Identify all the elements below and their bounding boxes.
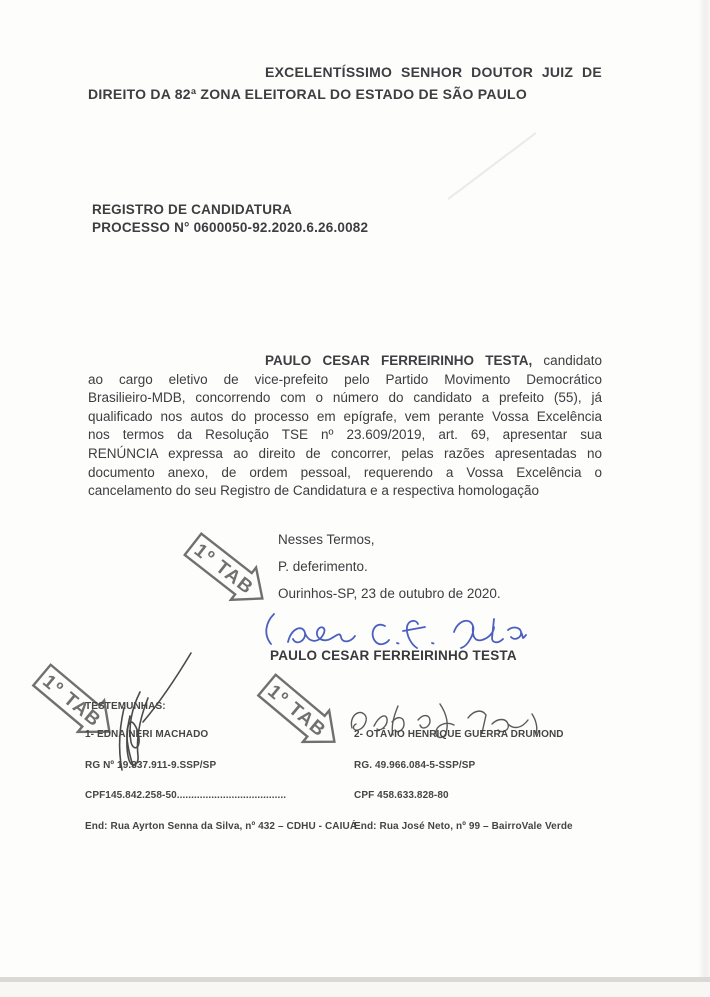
witness1-address: End: Rua Ayrton Senna da Silva, nº 432 –… — [85, 821, 357, 832]
closing-terms: Nesses Termos, — [278, 533, 501, 547]
candidate-typed-name: PAULO CESAR FERREIRINHO TESTA — [270, 648, 517, 663]
witness1-rg: RG Nº 19.337.911-9.SSP/SP — [85, 760, 357, 771]
body-line-8: cancelamento do seu Registro de Candidat… — [88, 482, 602, 501]
witness1-name: 1- EDNA NERI MACHADO — [85, 729, 357, 740]
page-edge-shadow-right — [698, 0, 710, 997]
closing-deferment: P. deferimento. — [278, 560, 501, 574]
body-line-1-rest: candidato — [532, 353, 602, 368]
body-line-3: Brasilieiro-MDB, concorrendo com o númer… — [88, 389, 602, 408]
closing-dateline: Ourinhos-SP, 23 de outubro de 2020. — [278, 587, 501, 601]
witness2-name: 2- OTÁVIO HENRIQUE GUERRA DRUMOND — [354, 729, 573, 740]
witness2-cpf: CPF 458.633.828-80 — [354, 790, 573, 801]
candidate-name-bold: PAULO CESAR FERREIRINHO TESTA, — [265, 353, 532, 368]
witness1-details: 1- EDNA NERI MACHADO RG Nº 19.337.911-9.… — [85, 729, 357, 851]
scanned-document-page: EXCELENTÍSSIMO SENHOR DOUTOR JUIZ DE DIR… — [0, 0, 710, 997]
witnesses-heading: TESTEMUNHAS: — [85, 701, 166, 712]
body-line-1: PAULO CESAR FERREIRINHO TESTA, candidato — [265, 352, 602, 371]
case-identification: REGISTRO DE CANDIDATURA PROCESSO N° 0600… — [92, 201, 368, 237]
body-line-6: RENÚNCIA expressa ao direito de concorre… — [88, 445, 602, 464]
witness2-address: End: Rua José Neto, nº 99 – BairroVale V… — [354, 821, 573, 832]
scan-crease-mark — [447, 132, 536, 200]
page-edge-fill-bottom — [0, 982, 710, 997]
body-line-7: documento anexo, de ordem pessoal, reque… — [88, 464, 602, 483]
witness1-cpf: CPF145.842.258-50.......................… — [85, 790, 357, 801]
case-process-number: PROCESSO N° 0600050-92.2020.6.26.0082 — [92, 219, 368, 237]
case-title: REGISTRO DE CANDIDATURA — [92, 201, 368, 219]
body-line-4: qualificado nos autos do processo em epí… — [88, 408, 602, 427]
witness2-rg: RG. 49.966.084-5-SSP/SP — [354, 760, 573, 771]
header-line-2: DIREITO DA 82ª ZONA ELEITORAL DO ESTADO … — [88, 83, 602, 105]
document-header: EXCELENTÍSSIMO SENHOR DOUTOR JUIZ DE DIR… — [88, 61, 602, 105]
header-line-1: EXCELENTÍSSIMO SENHOR DOUTOR JUIZ DE — [265, 61, 602, 83]
body-line-2: ao cargo eletivo de vice-prefeito pelo P… — [88, 371, 602, 390]
witness2-details: 2- OTÁVIO HENRIQUE GUERRA DRUMOND RG. 49… — [354, 729, 573, 851]
body-line-5: nos termos da Resolução TSE nº 23.609/20… — [88, 426, 602, 445]
body-paragraph: PAULO CESAR FERREIRINHO TESTA, candidato… — [88, 352, 602, 501]
